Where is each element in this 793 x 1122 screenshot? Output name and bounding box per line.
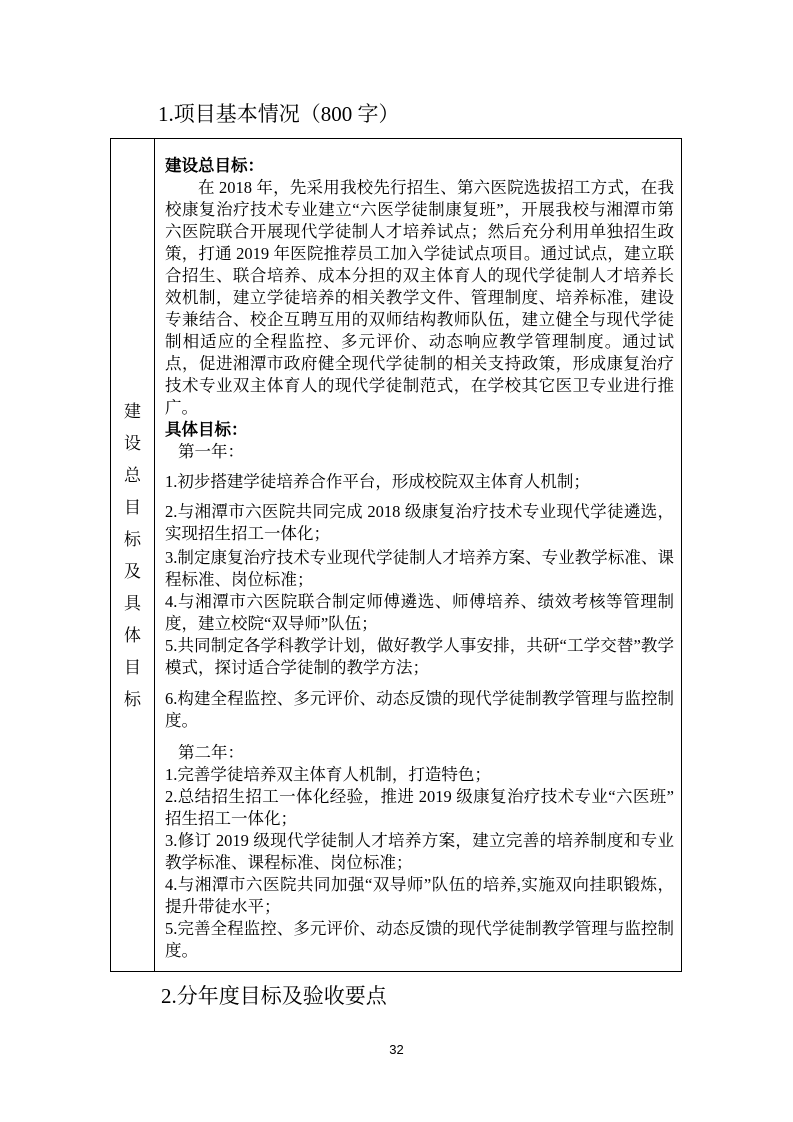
overall-goal-paragraph: 在 2018 年，先采用我校先行招生、第六医院选拔招工方式，在我校康复治疗技术专…: [165, 177, 674, 419]
row-header-vertical-label: 建 设 总 目 标 及 具 体 目 标: [111, 139, 155, 971]
goal-item: 1.初步搭建学徒培养合作平台，形成校院双主体育人机制；: [165, 471, 674, 493]
row-header-char: 目: [124, 499, 141, 516]
row-header-char: 及: [124, 563, 141, 580]
row-header-char: 目: [124, 659, 141, 676]
goal-item: 4.与湘潭市六医院共同加强“双导师”队伍的培养,实施双向挂职锻炼，提升带徒水平；: [165, 874, 674, 918]
goals-content-cell: 建设总目标： 在 2018 年，先采用我校先行招生、第六医院选拔招工方式，在我校…: [155, 139, 681, 971]
row-header-char: 建: [124, 403, 141, 420]
row-header-char: 总: [124, 467, 141, 484]
goal-item: 5.完善全程监控、多元评价、动态反馈的现代学徒制教学管理与监控制度。: [165, 918, 674, 962]
section-title-project-basics: 1.项目基本情况（800 字）: [158, 101, 400, 127]
goal-item: 1.完善学徒培养双主体育人机制，打造特色；: [165, 764, 674, 786]
row-header-char: 体: [124, 627, 141, 644]
row-header-char: 标: [124, 531, 141, 548]
goal-item: 6.构建全程监控、多元评价、动态反馈的现代学徒制教学管理与监控制度。: [165, 688, 674, 732]
specific-goal-heading: 具体目标：: [165, 419, 674, 441]
section-title-annual-targets: 2.分年度目标及验收要点: [161, 983, 387, 1009]
row-header-char: 设: [124, 435, 141, 452]
year2-label: 第二年：: [165, 742, 674, 764]
overall-goal-heading: 建设总目标：: [165, 155, 674, 177]
goal-item: 3.修订 2019 级现代学徒制人才培养方案，建立完善的培养制度和专业教学标准、…: [165, 830, 674, 874]
year1-label: 第一年：: [165, 441, 674, 463]
year1-goal-list: 1.初步搭建学徒培养合作平台，形成校院双主体育人机制； 2.与湘潭市六医院共同完…: [165, 471, 674, 732]
goal-item: 2.总结招生招工一体化经验，推进 2019 级康复治疗技术专业“六医班”招生招工…: [165, 786, 674, 830]
goal-item: 4.与湘潭市六医院联合制定师傅遴选、师傅培养、绩效考核等管理制度，建立校院“双导…: [165, 591, 674, 635]
goal-item: 5.共同制定各学科教学计划，做好教学人事安排，共研“工学交替”教学模式，探讨适合…: [165, 635, 674, 679]
goal-item: 2.与湘潭市六医院共同完成 2018 级康复治疗技术专业现代学徒遴选，实现招生招…: [165, 501, 674, 545]
year2-goal-list: 1.完善学徒培养双主体育人机制，打造特色； 2.总结招生招工一体化经验，推进 2…: [165, 764, 674, 962]
row-header-char: 具: [124, 595, 141, 612]
goals-table: 建 设 总 目 标 及 具 体 目 标 建设总目标： 在 2018 年，先采用我: [110, 138, 682, 972]
goal-item: 3.制定康复治疗技术专业现代学徒制人才培养方案、专业教学标准、课程标准、岗位标准…: [165, 547, 674, 591]
page-number: 32: [0, 1042, 793, 1057]
row-header-char: 标: [124, 691, 141, 708]
document-page: 1.项目基本情况（800 字） 建 设 总 目 标 及 具 体 目 标: [0, 0, 793, 1122]
